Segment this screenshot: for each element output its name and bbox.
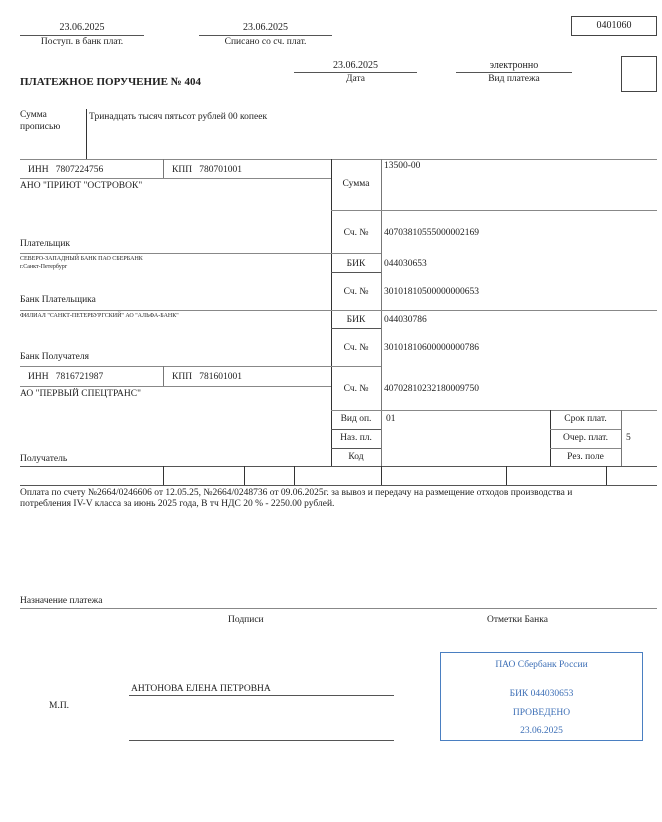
divider — [621, 410, 622, 467]
payer-name: АНО "ПРИЮТ "ОСТРОВОК" — [20, 181, 142, 191]
payer-bank-bik-label: БИК — [331, 259, 381, 269]
divider — [20, 485, 657, 486]
amount-words-label-1: Сумма — [20, 110, 47, 120]
divider — [199, 35, 332, 36]
amount-words-value: Тринадцать тысяч пятьсот рублей 00 копее… — [89, 112, 267, 122]
payer-account-label: Сч. № — [331, 228, 381, 238]
divider — [20, 466, 657, 467]
signatures-label: Подписи — [228, 615, 264, 625]
divider — [550, 429, 621, 430]
payer-inn: 7807224756 — [56, 165, 104, 175]
payee-account-label: Сч. № — [331, 384, 381, 394]
payee-bank-label: Банк Получателя — [20, 352, 89, 362]
payer-inn-label: ИНН — [28, 165, 49, 175]
divider — [244, 466, 245, 485]
priority-label: Очер. плат. — [550, 433, 621, 443]
received-date: 23.06.2025 — [20, 22, 144, 33]
purpose-code-label: Наз. пл. — [331, 433, 381, 443]
payer-bank-bik: 044030653 — [384, 259, 427, 269]
payer-kpp: 780701001 — [199, 165, 242, 175]
signature-line — [129, 740, 394, 741]
bank-stamp: ПАО Сбербанк России БИК 044030653 ПРОВЕД… — [440, 652, 643, 741]
amount-value: 13500-00 — [384, 161, 420, 171]
priority-value: 5 — [626, 433, 631, 443]
debited-label: Списано со сч. плат. — [199, 37, 332, 47]
payee-bank-account-label: Сч. № — [331, 343, 381, 353]
divider — [86, 109, 87, 159]
payer-bank-label: Банк Плательщика — [20, 295, 96, 305]
divider — [331, 210, 657, 211]
payee-bank-bik-label: БИК — [331, 315, 381, 325]
payee-kpp-label: КПП — [172, 372, 192, 382]
payer-bank-name: СЕВЕРО-ЗАПАДНЫЙ БАНК ПАО СБЕРБАНК — [20, 256, 143, 262]
divider — [20, 178, 331, 179]
payment-type-label: Вид платежа — [456, 74, 572, 84]
divider — [381, 159, 382, 467]
payer-bank-account: 30101810500000000653 — [384, 287, 479, 297]
stamp-date: 23.06.2025 — [441, 726, 642, 736]
divider — [20, 608, 657, 609]
payee-inn: 7816721987 — [56, 372, 104, 382]
divider — [163, 466, 164, 485]
divider — [506, 466, 507, 485]
divider — [331, 272, 381, 273]
divider — [163, 159, 164, 178]
divider — [294, 466, 295, 485]
document-date-label: Дата — [294, 74, 417, 84]
divider — [20, 310, 657, 311]
signer-name: АНТОНОВА ЕЛЕНА ПЕТРОВНА — [131, 684, 271, 694]
payee-bank-name: ФИЛИАЛ "САНКТ-ПЕТЕРБУРГСКИЙ" АО "АЛЬФА-Б… — [20, 313, 179, 319]
payer-label: Плательщик — [20, 239, 70, 249]
received-label: Поступ. в банк плат. — [20, 37, 144, 47]
divider — [20, 253, 381, 254]
payee-label: Получатель — [20, 454, 67, 464]
payment-type: электронно — [456, 60, 572, 71]
seal-label: М.П. — [49, 701, 69, 711]
signature-line — [129, 695, 394, 696]
payee-bank-bik: 044030786 — [384, 315, 427, 325]
status-box — [621, 56, 657, 92]
document-date: 23.06.2025 — [294, 60, 417, 71]
debited-date: 23.06.2025 — [199, 22, 332, 33]
divider — [381, 466, 382, 485]
amount-label: Сумма — [331, 179, 381, 189]
due-label: Срок плат. — [550, 414, 621, 424]
payee-kpp: 781601001 — [199, 372, 242, 382]
divider — [20, 386, 331, 387]
divider — [550, 448, 621, 449]
code-label: Код — [331, 452, 381, 462]
payee-name: АО "ПЕРВЫЙ СПЕЦТРАНС" — [20, 389, 141, 399]
bank-marks-label: Отметки Банка — [487, 615, 548, 625]
divider — [20, 159, 657, 160]
op-type-label: Вид оп. — [331, 414, 381, 424]
payment-purpose-label: Назначение платежа — [20, 596, 102, 606]
payment-purpose-text: Оплата по счету №2664/0246606 от 12.05.2… — [20, 488, 620, 510]
divider — [20, 35, 144, 36]
divider — [294, 72, 417, 73]
op-type-value: 01 — [386, 414, 396, 424]
stamp-bik: БИК 044030653 — [441, 689, 642, 699]
amount-words-label-2: прописью — [20, 122, 60, 132]
payer-kpp-label: КПП — [172, 165, 192, 175]
divider — [20, 366, 381, 367]
payer-bank-city: г.Санкт-Петербург — [20, 264, 67, 270]
divider — [456, 72, 572, 73]
divider — [331, 328, 381, 329]
divider — [163, 366, 164, 386]
form-code: 0401060 — [571, 16, 657, 36]
payee-account: 40702810232180009750 — [384, 384, 479, 394]
divider — [331, 429, 381, 430]
payee-bank-account: 30101810600000000786 — [384, 343, 479, 353]
reserve-label: Рез. поле — [550, 452, 621, 462]
stamp-bank: ПАО Сбербанк России — [441, 660, 642, 670]
payer-bank-account-label: Сч. № — [331, 287, 381, 297]
page-title: ПЛАТЕЖНОЕ ПОРУЧЕНИЕ № 404 — [20, 76, 201, 88]
divider — [331, 410, 657, 411]
payee-inn-label: ИНН — [28, 372, 49, 382]
divider — [331, 448, 381, 449]
divider — [606, 466, 607, 485]
payer-account: 40703810555000002169 — [384, 228, 479, 238]
stamp-status: ПРОВЕДЕНО — [441, 708, 642, 718]
